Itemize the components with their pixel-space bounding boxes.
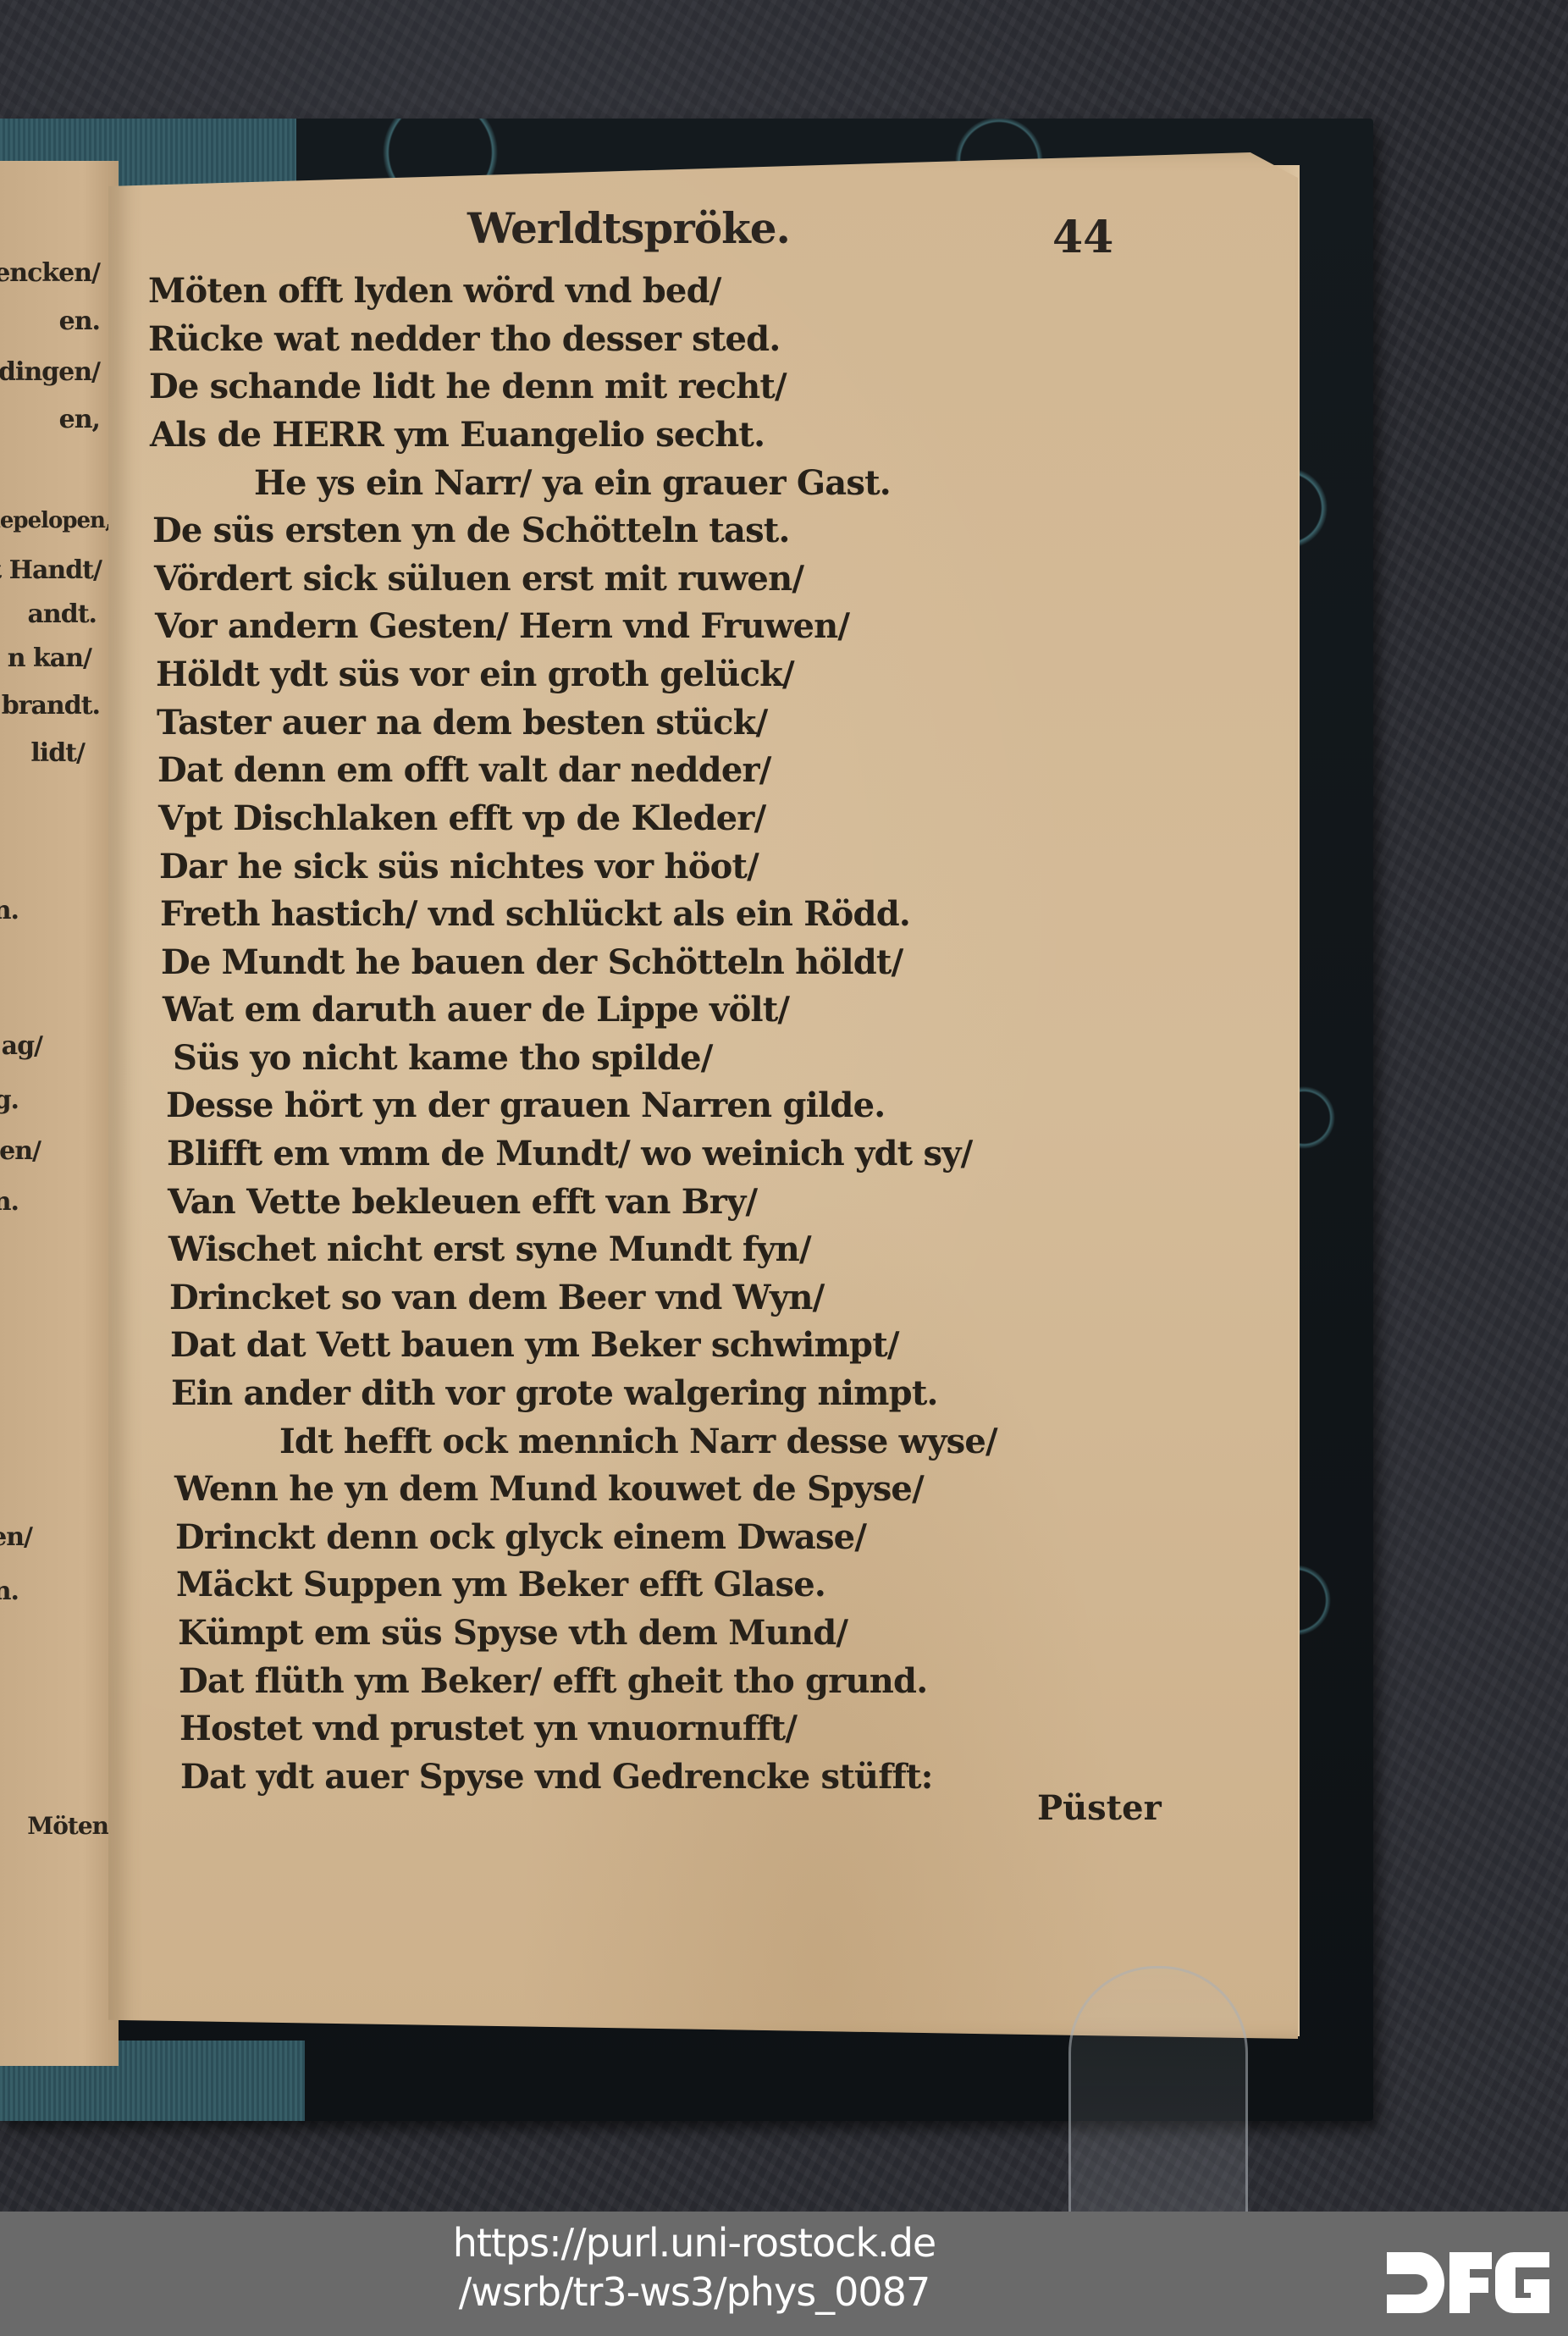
text-line: Wat em daruth auer de Lippe völt/ [163,990,789,1030]
text-line: Wischet nicht erst syne Mundt fyn/ [168,1229,811,1270]
text-line: Vpt Dischlaken efft vp de Kleder/ [158,798,765,839]
left-page-fragment: dingen/ [0,357,100,387]
text-line: Rücke wat nedder tho desser sted. [148,319,780,360]
text-line: Dat flüth ym Beker/ efft gheit tho grund… [179,1661,927,1702]
left-page-fragment: n. [0,896,19,925]
left-page-fragment: n kan/ [8,643,91,673]
left-page-fragment: n. [0,1577,19,1606]
text-line: Dat dat Vett bauen ym Beker schwimpt/ [170,1325,899,1366]
dfg-logo-icon: DFG [1387,2252,1549,2313]
text-line: De schande lidt he denn mit recht/ [149,367,787,407]
text-line: Dat denn em offt valt dar nedder/ [157,750,771,791]
text-line: Dar he sick süs nichtes vor höot/ [159,847,759,887]
text-line: Mäckt Suppen ym Beker efft Glase. [176,1565,825,1605]
text-line: Süs yo nicht kame tho spilde/ [173,1038,713,1079]
page-number: 44 [1052,212,1113,263]
permalink-line-1[interactable]: https://purl.uni-rostock.de [0,2220,1389,2266]
left-page-fragment: ag/ [2,1031,42,1061]
left-page-fragment: t Handt/ [0,555,102,585]
text-line: Blifft em vmm de Mundt/ wo weinich ydt s… [167,1134,972,1174]
text-line: Taster auer na dem besten stück/ [157,703,767,743]
left-page-fragment: en, [59,405,100,434]
left-page-fragment: schepelopen, [0,508,112,533]
page-holder-clip [1068,1966,1248,2218]
text-line: Kümpt em süs Spyse vth dem Mund/ [178,1613,847,1654]
text-line: De süs ersten yn de Schötteln tast. [152,511,790,551]
text-line: Höldt ydt süs vor ein groth gelück/ [156,654,794,695]
left-page-fragment: en/ [0,1522,32,1552]
text-line: Ein ander dith vor grote walgering nimpt… [171,1373,938,1414]
text-line: Drinckt denn ock glyck einem Dwase/ [175,1517,866,1558]
catchword: Püster [1037,1788,1162,1828]
left-page-fragment: en. [59,306,100,336]
text-line: Vor andern Gesten/ Hern vnd Fruwen/ [155,606,849,647]
left-page-catchword: Möten [27,1812,108,1840]
text-line: Wenn he yn dem Mund kouwet de Spyse/ [174,1469,924,1510]
left-page-fragment: encken/ [0,258,100,288]
text-line: De Mundt he bauen der Schötteln höldt/ [161,942,903,983]
left-page-fragment: lidt/ [30,738,85,768]
left-page-fragment: g. [0,1085,19,1115]
text-line: He ys ein Narr/ ya ein grauer Gast. [254,463,891,504]
text-line: Dat ydt auer Spyse vnd Gedrencke stüfft: [180,1757,933,1798]
text-line: Vördert sick süluen erst mit ruwen/ [154,559,803,599]
left-page-fragment: brandt. [2,691,100,721]
text-line: Idt hefft ock mennich Narr desse wyse/ [279,1422,997,1462]
text-line: Freth hastich/ vnd schlückt als ein Rödd… [160,894,910,935]
running-head: Werldtspröke. [467,203,790,253]
text-line: Drincket so van dem Beer vnd Wyn/ [169,1278,824,1318]
left-page-fragment: andt. [27,599,97,629]
left-page-fragment: n. [0,1187,19,1217]
permalink-line-2[interactable]: /wsrb/tr3-ws3/phys_0087 [0,2269,1389,2315]
text-line: Van Vette bekleuen efft van Bry/ [168,1182,757,1223]
left-page-fragment: den/ [0,1136,41,1166]
text-line: Hostet vnd prustet yn vnuornufft/ [179,1709,797,1749]
text-line: Als de HERR ym Euangelio secht. [150,415,765,456]
left-page: encken/ en. dingen/ en, schepelopen, t H… [0,161,119,2066]
text-line: Möten offt lyden wörd vnd bed/ [148,271,721,312]
text-line: Desse hört yn der grauen Narren gilde. [166,1085,885,1126]
